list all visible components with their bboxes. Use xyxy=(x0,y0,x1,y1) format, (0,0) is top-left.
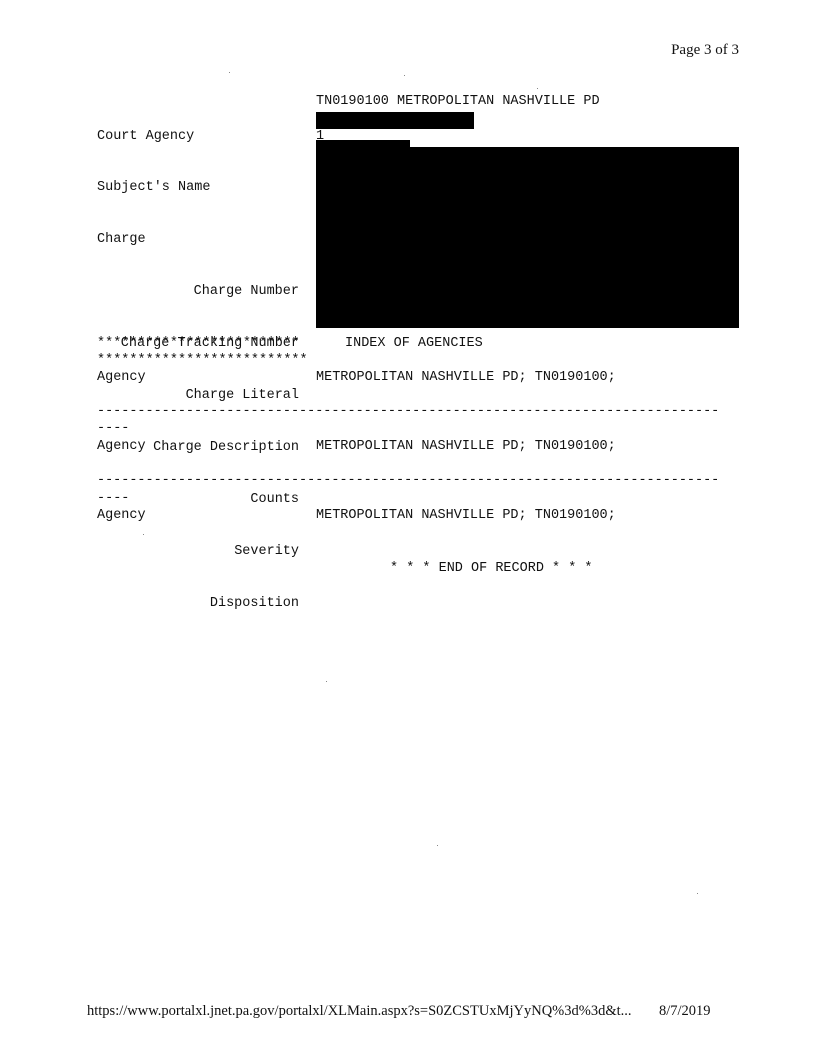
redaction-charge-details xyxy=(316,147,739,328)
separator-2-tail: ---- xyxy=(97,490,129,507)
value-court-agency: TN0190100 METROPOLITAN NASHVILLE PD xyxy=(316,93,600,110)
separator-2: ----------------------------------------… xyxy=(97,472,719,489)
scan-speck xyxy=(143,534,144,535)
label-charge-number: Charge Number xyxy=(97,283,299,300)
scan-speck xyxy=(537,88,538,89)
agency-value-3: METROPOLITAN NASHVILLE PD; TN0190100; xyxy=(316,507,616,524)
footer-date: 8/7/2019 xyxy=(659,1003,711,1020)
agency-label-1: Agency xyxy=(97,369,146,386)
page-number: Page 3 of 3 xyxy=(671,42,739,59)
scan-speck xyxy=(437,845,438,846)
index-title: INDEX OF AGENCIES xyxy=(345,335,483,352)
agency-value-2: METROPOLITAN NASHVILLE PD; TN0190100; xyxy=(316,438,616,455)
label-charge-literal: Charge Literal xyxy=(97,387,299,404)
label-subject-name: Subject's Name xyxy=(97,179,299,196)
agency-label-3: Agency xyxy=(97,507,146,524)
scan-speck xyxy=(404,75,405,76)
redaction-subject-name xyxy=(316,112,474,129)
agency-label-2: Agency xyxy=(97,438,146,455)
scan-speck xyxy=(326,681,327,682)
stars-line-1: ************************* xyxy=(97,335,300,352)
scan-speck xyxy=(697,893,698,894)
label-court-agency: Court Agency xyxy=(97,128,299,145)
footer-url: https://www.portalxl.jnet.pa.gov/portalx… xyxy=(87,1003,632,1020)
label-disposition: Disposition xyxy=(97,595,299,612)
label-charge: Charge xyxy=(97,231,299,248)
agency-value-1: METROPOLITAN NASHVILLE PD; TN0190100; xyxy=(316,369,616,386)
stars-line-2: ************************** xyxy=(97,352,308,369)
separator-1-tail: ---- xyxy=(97,420,129,437)
label-severity: Severity xyxy=(97,543,299,560)
separator-1: ----------------------------------------… xyxy=(97,403,719,420)
end-of-record: * * * END OF RECORD * * * xyxy=(390,560,593,577)
scan-speck xyxy=(229,72,230,73)
